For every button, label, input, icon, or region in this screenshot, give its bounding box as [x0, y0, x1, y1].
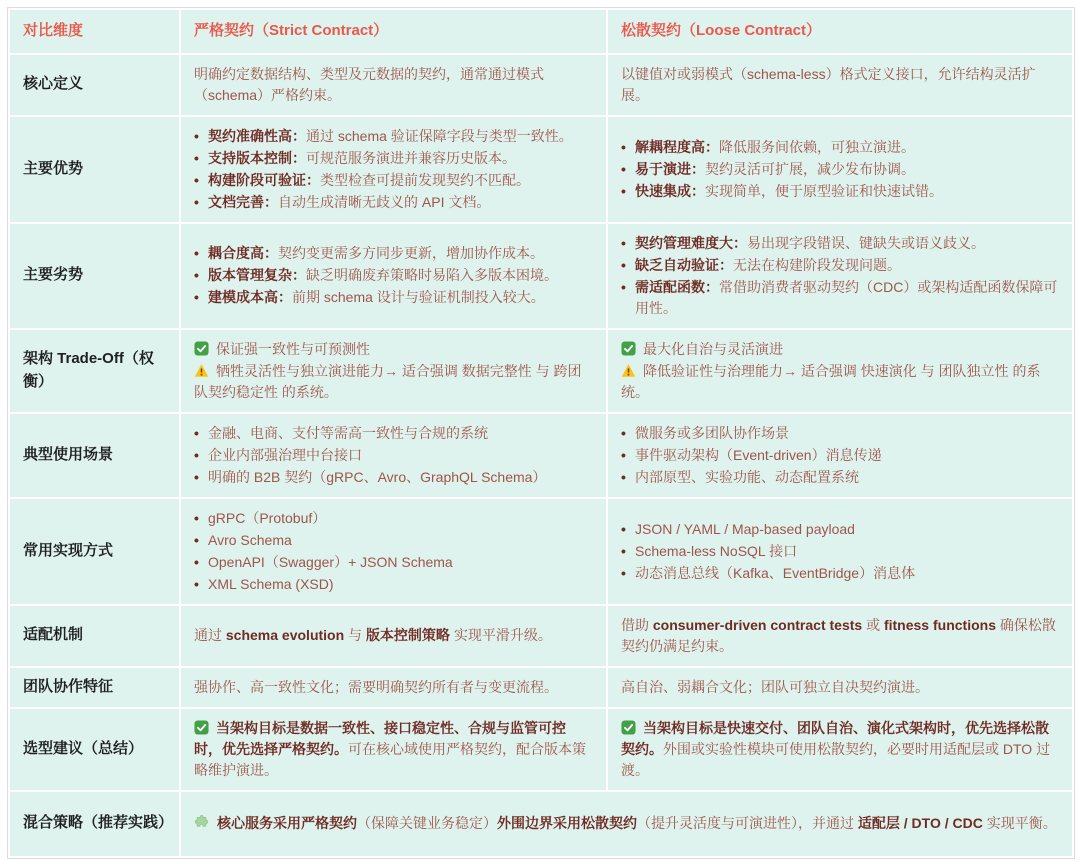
- content-block: •动态消息总线（Kafka、EventBridge）消息体: [621, 563, 1059, 584]
- text-segment: 缺乏明确废弃策略时易陷入多版本困境。: [306, 267, 558, 283]
- text-segment: 版本控制策略: [366, 627, 450, 643]
- table-row: 典型使用场景•金融、电商、支付等需高一致性与合规的系统•企业内部强治理中台接口•…: [9, 413, 1073, 498]
- bullet-text: 微服务或多团队协作场景: [635, 423, 1059, 444]
- bullet-text: OpenAPI（Swagger）+ JSON Schema: [208, 552, 593, 573]
- comparison-table-body: 核心定义明确约定数据结构、类型及元数据的契约，通常通过模式（schema）严格约…: [9, 54, 1073, 857]
- content-block: •明确的 B2B 契约（gRPC、Avro、GraphQL Schema）: [194, 467, 593, 488]
- text-segment: 保证强一致性与可预测性: [216, 341, 370, 357]
- text-segment: 无法在构建阶段发现问题。: [733, 257, 901, 273]
- bullet-text: 构建阶段可验证：类型检查可提前发现契约不匹配。: [208, 170, 593, 191]
- content-block: 当架构目标是快速交付、团队自治、演化式架构时，优先选择松散契约。外围或实验性模块…: [621, 718, 1059, 781]
- table-row: 选型建议（总结）当架构目标是数据一致性、接口稳定性、合规与监管可控时，优先选择严…: [9, 708, 1073, 791]
- content-block: •契约管理难度大：易出现字段错误、键缺失或语义歧义。: [621, 233, 1059, 254]
- loose-cell: •微服务或多团队协作场景•事件驱动架构（Event-driven）消息传递•内部…: [607, 413, 1073, 498]
- content-block: •快速集成：实现简单，便于原型验证和快速试错。: [621, 181, 1059, 202]
- text-segment: 微服务或多团队协作场景: [635, 425, 789, 441]
- bullet-text: JSON / YAML / Map-based payload: [635, 519, 1059, 540]
- strict-cell: 强协作、高一致性文化；需要明确契约所有者与变更流程。: [180, 667, 607, 708]
- text-segment: 契约变更需多方同步更新，增加协作成本。: [278, 245, 544, 261]
- bullet-marker: •: [621, 467, 635, 488]
- text-segment: 事件驱动架构（Event-driven）消息传递: [635, 447, 882, 463]
- header-cell-dimension: 对比维度: [9, 9, 180, 54]
- row-label-cell: 架构 Trade-Off（权衡）: [9, 329, 180, 413]
- table-header: 对比维度 严格契约（Strict Contract） 松散契约（Loose Co…: [9, 9, 1073, 54]
- content-block: •解耦程度高：降低服务间依赖，可独立演进。: [621, 137, 1059, 158]
- loose-cell: 借助 consumer-driven contract tests 或 fitn…: [607, 605, 1073, 667]
- text-segment: 易出现字段错误、键缺失或语义歧义。: [747, 235, 985, 251]
- row-label-cell: 常用实现方式: [9, 498, 180, 605]
- text-segment: 实现平衡。: [983, 815, 1057, 831]
- text-segment: 契约管理难度大：: [635, 235, 747, 251]
- content-block: •需适配函数：常借助消费者驱动契约（CDC）或架构适配函数保障可用性。: [621, 277, 1059, 319]
- text-segment: 版本管理复杂：: [208, 267, 306, 283]
- text-segment: 与: [344, 627, 366, 643]
- bullet-marker: •: [194, 192, 208, 213]
- text-segment: 外围或实验性模块可使用松散契约，必要时用适配层或 DTO 过渡。: [621, 741, 1050, 778]
- bullet-marker: •: [194, 287, 208, 308]
- loose-cell: •JSON / YAML / Map-based payload•Schema-…: [607, 498, 1073, 605]
- row-label-cell: 核心定义: [9, 54, 180, 116]
- check-icon: [194, 341, 209, 356]
- bullet-text: 版本管理复杂：缺乏明确废弃策略时易陷入多版本困境。: [208, 265, 593, 286]
- check-icon: [621, 341, 636, 356]
- text-segment: gRPC（Protobuf）: [208, 510, 326, 526]
- content-block: •JSON / YAML / Map-based payload: [621, 519, 1059, 540]
- text-segment: Schema-less NoSQL 接口: [635, 543, 797, 559]
- content-block: •易于演进：契约灵活可扩展，减少发布协调。: [621, 159, 1059, 180]
- table-row: 团队协作特征强协作、高一致性文化；需要明确契约所有者与变更流程。高自治、弱耦合文…: [9, 667, 1073, 708]
- bullet-marker: •: [194, 148, 208, 169]
- strict-cell: •契约准确性高：通过 schema 验证保障字段与类型一致性。•支持版本控制：可…: [180, 116, 607, 223]
- content-block: 以键值对或弱模式（schema-less）格式定义接口，允许结构灵活扩展。: [621, 64, 1059, 106]
- strict-cell: •gRPC（Protobuf）•Avro Schema•OpenAPI（Swag…: [180, 498, 607, 605]
- text-segment: 以键值对或弱模式（schema-less）格式定义接口，允许结构灵活扩展。: [621, 66, 1036, 103]
- row-label-cell: 主要优势: [9, 116, 180, 223]
- bullet-marker: •: [621, 519, 635, 540]
- bullet-text: 支持版本控制：可规范服务演进并兼容历史版本。: [208, 148, 593, 169]
- loose-cell: 最大化自治与灵活演进降低验证性与治理能力→ 适合强调 快速演化 与 团队独立性 …: [607, 329, 1073, 413]
- text-segment: 快速集成：: [635, 183, 705, 199]
- loose-cell: 高自治、弱耦合文化；团队可独立自决契约演进。: [607, 667, 1073, 708]
- text-segment: 需适配函数：: [635, 279, 719, 295]
- row-label-cell: 典型使用场景: [9, 413, 180, 498]
- text-segment: 或: [862, 617, 884, 633]
- content-block: •文档完善：自动生成清晰无歧义的 API 文档。: [194, 192, 593, 213]
- strict-cell: 当架构目标是数据一致性、接口稳定性、合规与监管可控时，优先选择严格契约。可在核心…: [180, 708, 607, 791]
- text-segment: 可规范服务演进并兼容历史版本。: [306, 150, 516, 166]
- content-block: •耦合度高：契约变更需多方同步更新，增加协作成本。: [194, 243, 593, 264]
- bullet-marker: •: [621, 159, 635, 180]
- text-segment: （保障关键业务稳定）: [357, 815, 497, 831]
- page: 对比维度 严格契约（Strict Contract） 松散契约（Loose Co…: [0, 0, 1080, 788]
- bullet-text: 缺乏自动验证：无法在构建阶段发现问题。: [635, 255, 1059, 276]
- table-row: 主要优势•契约准确性高：通过 schema 验证保障字段与类型一致性。•支持版本…: [9, 116, 1073, 223]
- text-segment: 实现简单，便于原型验证和快速试错。: [705, 183, 943, 199]
- bullet-marker: •: [194, 467, 208, 488]
- puzzle-icon: [194, 814, 210, 830]
- text-segment: 明确约定数据结构、类型及元数据的契约，通常通过模式（schema）严格约束。: [194, 66, 544, 103]
- bullet-marker: •: [621, 277, 635, 298]
- text-segment: 适配层 / DTO / CDC: [858, 815, 983, 831]
- text-segment: JSON / YAML / Map-based payload: [635, 521, 855, 537]
- content-block: •Avro Schema: [194, 530, 593, 551]
- table-row: 常用实现方式•gRPC（Protobuf）•Avro Schema•OpenAP…: [9, 498, 1073, 605]
- header-cell-loose: 松散契约（Loose Contract）: [607, 9, 1073, 54]
- header-row: 对比维度 严格契约（Strict Contract） 松散契约（Loose Co…: [9, 9, 1073, 54]
- text-segment: 支持版本控制：: [208, 150, 306, 166]
- content-block: 借助 consumer-driven contract tests 或 fitn…: [621, 615, 1059, 657]
- bullet-marker: •: [194, 574, 208, 595]
- text-segment: 通过 schema 验证保障字段与类型一致性。: [306, 128, 573, 144]
- text-segment: fitness functions: [884, 617, 996, 633]
- content-block: 高自治、弱耦合文化；团队可独立自决契约演进。: [621, 677, 1059, 698]
- text-segment: 高自治、弱耦合文化；团队可独立自决契约演进。: [621, 679, 929, 695]
- check-icon: [194, 720, 209, 735]
- bullet-text: 动态消息总线（Kafka、EventBridge）消息体: [635, 563, 1059, 584]
- bullet-text: 易于演进：契约灵活可扩展，减少发布协调。: [635, 159, 1059, 180]
- content-block: 通过 schema evolution 与 版本控制策略 实现平滑升级。: [194, 625, 593, 646]
- bullet-text: 建模成本高：前期 schema 设计与验证机制投入较大。: [208, 287, 593, 308]
- table-row: 混合策略（推荐实践）核心服务采用严格契约（保障关键业务稳定）外围边界采用松散契约…: [9, 791, 1073, 857]
- bullet-text: Schema-less NoSQL 接口: [635, 541, 1059, 562]
- content-block: •XML Schema (XSD): [194, 574, 593, 595]
- text-segment: 明确的 B2B 契约（gRPC、Avro、GraphQL Schema）: [208, 469, 546, 485]
- text-segment: 降低验证性与治理能力→ 适合强调 快速演化 与 团队独立性 的系统。: [621, 363, 1040, 400]
- bullet-marker: •: [194, 243, 208, 264]
- loose-cell: 以键值对或弱模式（schema-less）格式定义接口，允许结构灵活扩展。: [607, 54, 1073, 116]
- comparison-table: 对比维度 严格契约（Strict Contract） 松散契约（Loose Co…: [8, 8, 1074, 858]
- content-block: 强协作、高一致性文化；需要明确契约所有者与变更流程。: [194, 677, 593, 698]
- text-segment: 动态消息总线（Kafka、EventBridge）消息体: [635, 565, 915, 581]
- table-row: 架构 Trade-Off（权衡）保证强一致性与可预测性牺牲灵活性与独立演进能力→…: [9, 329, 1073, 413]
- bullet-text: 解耦程度高：降低服务间依赖，可独立演进。: [635, 137, 1059, 158]
- row-label-cell: 选型建议（总结）: [9, 708, 180, 791]
- strict-cell: 通过 schema evolution 与 版本控制策略 实现平滑升级。: [180, 605, 607, 667]
- content-block: •gRPC（Protobuf）: [194, 508, 593, 529]
- bullet-marker: •: [194, 508, 208, 529]
- text-segment: 借助: [621, 617, 653, 633]
- content-block: •金融、电商、支付等需高一致性与合规的系统: [194, 423, 593, 444]
- bullet-text: XML Schema (XSD): [208, 574, 593, 595]
- content-block: 牺牲灵活性与独立演进能力→ 适合强调 数据完整性 与 跨团队契约稳定性 的系统。: [194, 361, 593, 403]
- loose-cell: •解耦程度高：降低服务间依赖，可独立演进。•易于演进：契约灵活可扩展，减少发布协…: [607, 116, 1073, 223]
- bullet-text: 事件驱动架构（Event-driven）消息传递: [635, 445, 1059, 466]
- content-block: •构建阶段可验证：类型检查可提前发现契约不匹配。: [194, 170, 593, 191]
- content-block: 明确约定数据结构、类型及元数据的契约，通常通过模式（schema）严格约束。: [194, 64, 593, 106]
- text-segment: OpenAPI（Swagger）+ JSON Schema: [208, 554, 453, 570]
- loose-cell: •契约管理难度大：易出现字段错误、键缺失或语义歧义。•缺乏自动验证：无法在构建阶…: [607, 223, 1073, 329]
- table-row: 适配机制通过 schema evolution 与 版本控制策略 实现平滑升级。…: [9, 605, 1073, 667]
- text-segment: schema evolution: [226, 627, 344, 643]
- content-block: 保证强一致性与可预测性: [194, 339, 593, 360]
- row-label-cell: 混合策略（推荐实践）: [9, 791, 180, 857]
- content-block: •契约准确性高：通过 schema 验证保障字段与类型一致性。: [194, 126, 593, 147]
- content-block: 降低验证性与治理能力→ 适合强调 快速演化 与 团队独立性 的系统。: [621, 361, 1059, 403]
- bullet-text: 文档完善：自动生成清晰无歧义的 API 文档。: [208, 192, 593, 213]
- content-block: •事件驱动架构（Event-driven）消息传递: [621, 445, 1059, 466]
- text-segment: 契约准确性高：: [208, 128, 306, 144]
- bullet-marker: •: [194, 530, 208, 551]
- bullet-marker: •: [621, 137, 635, 158]
- header-cell-strict: 严格契约（Strict Contract）: [180, 9, 607, 54]
- content-block: •企业内部强治理中台接口: [194, 445, 593, 466]
- merged-cell: 核心服务采用严格契约（保障关键业务稳定）外围边界采用松散契约（提升灵活度与可演进…: [180, 791, 1073, 857]
- bullet-marker: •: [621, 541, 635, 562]
- bullet-marker: •: [621, 423, 635, 444]
- text-segment: 前期 schema 设计与验证机制投入较大。: [292, 289, 545, 305]
- text-segment: 核心服务采用严格契约: [217, 815, 357, 831]
- bullet-marker: •: [194, 170, 208, 191]
- content-block: •内部原型、实验功能、动态配置系统: [621, 467, 1059, 488]
- bullet-marker: •: [621, 181, 635, 202]
- text-segment: consumer-driven contract tests: [653, 617, 862, 633]
- content-block: •缺乏自动验证：无法在构建阶段发现问题。: [621, 255, 1059, 276]
- content-block: •OpenAPI（Swagger）+ JSON Schema: [194, 552, 593, 573]
- table-row: 主要劣势•耦合度高：契约变更需多方同步更新，增加协作成本。•版本管理复杂：缺乏明…: [9, 223, 1073, 329]
- check-icon: [621, 720, 636, 735]
- text-segment: 实现平滑升级。: [450, 627, 552, 643]
- bullet-marker: •: [621, 255, 635, 276]
- bullet-text: 快速集成：实现简单，便于原型验证和快速试错。: [635, 181, 1059, 202]
- bullet-marker: •: [621, 233, 635, 254]
- bullet-text: 契约管理难度大：易出现字段错误、键缺失或语义歧义。: [635, 233, 1059, 254]
- bullet-text: 契约准确性高：通过 schema 验证保障字段与类型一致性。: [208, 126, 593, 147]
- content-block: •Schema-less NoSQL 接口: [621, 541, 1059, 562]
- bullet-text: 内部原型、实验功能、动态配置系统: [635, 467, 1059, 488]
- bullet-marker: •: [621, 563, 635, 584]
- text-segment: 外围边界采用松散契约: [497, 815, 637, 831]
- text-segment: Avro Schema: [208, 532, 292, 548]
- content-block: •支持版本控制：可规范服务演进并兼容历史版本。: [194, 148, 593, 169]
- bullet-marker: •: [194, 552, 208, 573]
- text-segment: 耦合度高：: [208, 245, 278, 261]
- loose-cell: 当架构目标是快速交付、团队自治、演化式架构时，优先选择松散契约。外围或实验性模块…: [607, 708, 1073, 791]
- warning-icon: [194, 363, 209, 378]
- content-block: 最大化自治与灵活演进: [621, 339, 1059, 360]
- bullet-text: 企业内部强治理中台接口: [208, 445, 593, 466]
- strict-cell: •耦合度高：契约变更需多方同步更新，增加协作成本。•版本管理复杂：缺乏明确废弃策…: [180, 223, 607, 329]
- bullet-text: gRPC（Protobuf）: [208, 508, 593, 529]
- strict-cell: 明确约定数据结构、类型及元数据的契约，通常通过模式（schema）严格约束。: [180, 54, 607, 116]
- bullet-text: Avro Schema: [208, 530, 593, 551]
- text-segment: 内部原型、实验功能、动态配置系统: [635, 469, 859, 485]
- text-segment: 解耦程度高：: [635, 139, 719, 155]
- text-segment: 建模成本高：: [208, 289, 292, 305]
- text-segment: 契约灵活可扩展，减少发布协调。: [705, 161, 915, 177]
- text-segment: 企业内部强治理中台接口: [208, 447, 362, 463]
- table-row: 核心定义明确约定数据结构、类型及元数据的契约，通常通过模式（schema）严格约…: [9, 54, 1073, 116]
- bullet-marker: •: [621, 445, 635, 466]
- content-block: 当架构目标是数据一致性、接口稳定性、合规与监管可控时，优先选择严格契约。可在核心…: [194, 718, 593, 781]
- bullet-marker: •: [194, 423, 208, 444]
- content-block: •建模成本高：前期 schema 设计与验证机制投入较大。: [194, 287, 593, 308]
- text-segment: 自动生成清晰无歧义的 API 文档。: [278, 194, 490, 210]
- text-segment: 降低服务间依赖，可独立演进。: [719, 139, 915, 155]
- text-segment: 易于演进：: [635, 161, 705, 177]
- text-segment: 通过: [194, 627, 226, 643]
- bullet-marker: •: [194, 126, 208, 147]
- bullet-text: 明确的 B2B 契约（gRPC、Avro、GraphQL Schema）: [208, 467, 593, 488]
- text-segment: 金融、电商、支付等需高一致性与合规的系统: [208, 425, 488, 441]
- text-segment: 牺牲灵活性与独立演进能力→ 适合强调 数据完整性 与 跨团队契约稳定性 的系统。: [194, 363, 582, 400]
- text-segment: 最大化自治与灵活演进: [643, 341, 783, 357]
- text-segment: 类型检查可提前发现契约不匹配。: [320, 172, 530, 188]
- bullet-text: 需适配函数：常借助消费者驱动契约（CDC）或架构适配函数保障可用性。: [635, 277, 1059, 319]
- comparison-table-frame: 对比维度 严格契约（Strict Contract） 松散契约（Loose Co…: [7, 7, 1075, 859]
- bullet-marker: •: [194, 445, 208, 466]
- bullet-marker: •: [194, 265, 208, 286]
- content-block: •微服务或多团队协作场景: [621, 423, 1059, 444]
- row-label-cell: 适配机制: [9, 605, 180, 667]
- warning-icon: [621, 363, 636, 378]
- bullet-text: 耦合度高：契约变更需多方同步更新，增加协作成本。: [208, 243, 593, 264]
- content-block: •版本管理复杂：缺乏明确废弃策略时易陷入多版本困境。: [194, 265, 593, 286]
- row-label-cell: 主要劣势: [9, 223, 180, 329]
- text-segment: 构建阶段可验证：: [208, 172, 320, 188]
- content-block: 核心服务采用严格契约（保障关键业务稳定）外围边界采用松散契约（提升灵活度与可演进…: [194, 813, 1059, 834]
- text-segment: 文档完善：: [208, 194, 278, 210]
- text-segment: 强协作、高一致性文化；需要明确契约所有者与变更流程。: [194, 679, 558, 695]
- text-segment: XML Schema (XSD): [208, 576, 334, 592]
- text-segment: 缺乏自动验证：: [635, 257, 733, 273]
- row-label-cell: 团队协作特征: [9, 667, 180, 708]
- text-segment: （提升灵活度与可演进性），并通过: [637, 815, 858, 831]
- strict-cell: •金融、电商、支付等需高一致性与合规的系统•企业内部强治理中台接口•明确的 B2…: [180, 413, 607, 498]
- bullet-text: 金融、电商、支付等需高一致性与合规的系统: [208, 423, 593, 444]
- strict-cell: 保证强一致性与可预测性牺牲灵活性与独立演进能力→ 适合强调 数据完整性 与 跨团…: [180, 329, 607, 413]
